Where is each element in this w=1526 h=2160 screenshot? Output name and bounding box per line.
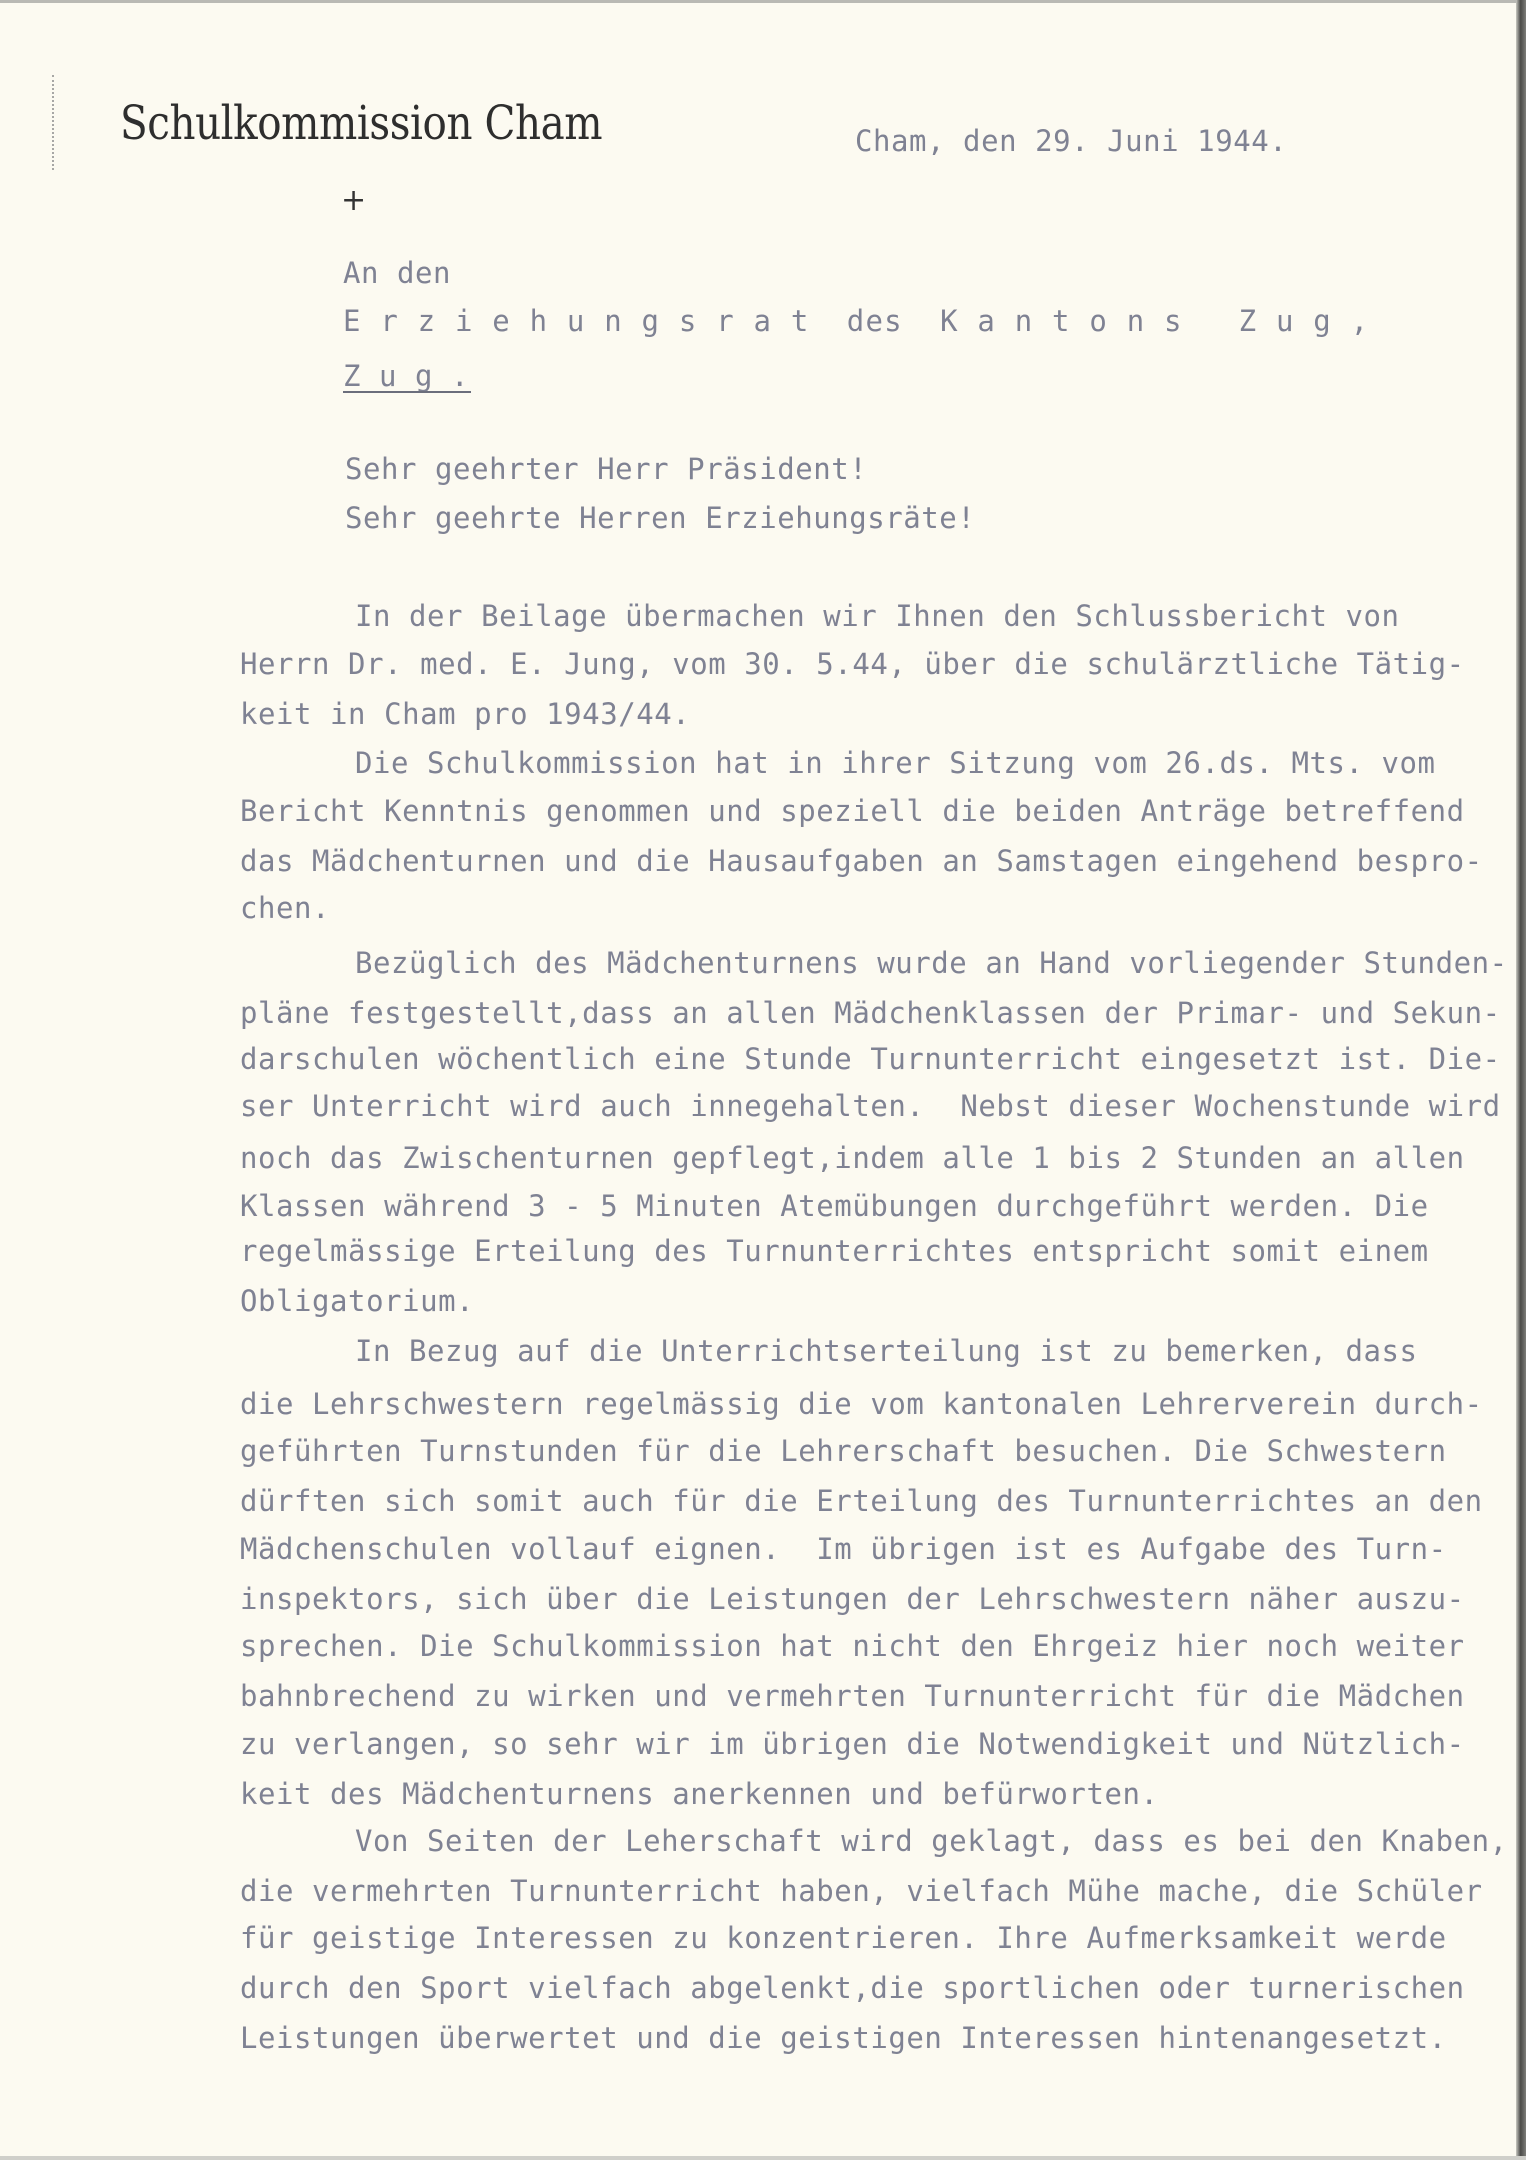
cross-mark-icon: + bbox=[341, 186, 366, 216]
body-line: ser Unterricht wird auch innegehalten. N… bbox=[240, 1091, 1501, 1121]
body-line: Die Schulkommission hat in ihrer Sitzung… bbox=[355, 748, 1436, 778]
body-line: darschulen wöchentlich eine Stunde Turnu… bbox=[240, 1044, 1501, 1074]
scan-edge-right bbox=[1516, 0, 1526, 2160]
body-line: geführten Turnstunden für die Lehrerscha… bbox=[240, 1436, 1447, 1466]
body-line: Obligatorium. bbox=[240, 1286, 474, 1316]
body-line: Mädchenschulen vollauf eignen. Im übrige… bbox=[240, 1534, 1447, 1564]
body-line: Klassen während 3 - 5 Minuten Atemübunge… bbox=[240, 1191, 1429, 1221]
address-line-3: Z u g . bbox=[343, 361, 469, 391]
body-line: durch den Sport vielfach abgelenkt,die s… bbox=[240, 1973, 1465, 2003]
body-line: das Mädchenturnen und die Hausaufgaben a… bbox=[240, 846, 1483, 876]
body-line: für geistige Interessen zu konzentrieren… bbox=[240, 1923, 1447, 1953]
body-line: zu verlangen, so sehr wir im übrigen die… bbox=[240, 1729, 1465, 1759]
address-line-1: An den bbox=[343, 258, 451, 288]
date-line: Cham, den 29. Juni 1944. bbox=[855, 126, 1287, 156]
body-line: inspektors, sich über die Leistungen der… bbox=[240, 1584, 1465, 1614]
body-line: Bericht Kenntnis genommen und speziell d… bbox=[240, 796, 1465, 826]
body-line: sprechen. Die Schulkommission hat nicht … bbox=[240, 1631, 1465, 1661]
body-line: die Lehrschwestern regelmässig die vom k… bbox=[240, 1389, 1483, 1419]
body-line: Leistungen überwertet und die geistigen … bbox=[240, 2023, 1447, 2053]
body-line: Bezüglich des Mädchenturnens wurde an Ha… bbox=[355, 948, 1508, 978]
address-line-2: E r z i e h u n g s r a t des K a n t o … bbox=[343, 306, 1369, 336]
salutation-line-1: Sehr geehrter Herr Präsident! bbox=[345, 454, 867, 484]
body-line: Herrn Dr. med. E. Jung, vom 30. 5.44, üb… bbox=[240, 649, 1465, 679]
body-line: noch das Zwischenturnen gepflegt,indem a… bbox=[240, 1143, 1465, 1173]
address-underline bbox=[343, 391, 471, 393]
letter-page: Schulkommission Cham + Cham, den 29. Jun… bbox=[0, 0, 1526, 2160]
letterhead-title: Schulkommission Cham bbox=[120, 96, 602, 151]
body-line: regelmässige Erteilung des Turnunterrich… bbox=[240, 1236, 1429, 1266]
body-line: bahnbrechend zu wirken und vermehrten Tu… bbox=[240, 1681, 1465, 1711]
body-line: dürften sich somit auch für die Erteilun… bbox=[240, 1486, 1483, 1516]
body-line: In Bezug auf die Unterrichtserteilung is… bbox=[355, 1336, 1418, 1366]
body-line: pläne festgestellt,dass an allen Mädchen… bbox=[240, 998, 1501, 1028]
scan-edge-bottom bbox=[0, 2156, 1526, 2160]
body-line: chen. bbox=[240, 893, 330, 923]
body-line: die vermehrten Turnunterricht haben, vie… bbox=[240, 1876, 1483, 1906]
body-line: Von Seiten der Leherschaft wird geklagt,… bbox=[355, 1826, 1508, 1856]
body-line: keit des Mädchenturnens anerkennen und b… bbox=[240, 1779, 1158, 1809]
salutation-line-2: Sehr geehrte Herren Erziehungsräte! bbox=[345, 503, 975, 533]
pencil-mark bbox=[52, 75, 56, 170]
scan-edge-top bbox=[0, 0, 1526, 3]
body-line: In der Beilage übermachen wir Ihnen den … bbox=[355, 601, 1400, 631]
body-line: keit in Cham pro 1943/44. bbox=[240, 699, 690, 729]
